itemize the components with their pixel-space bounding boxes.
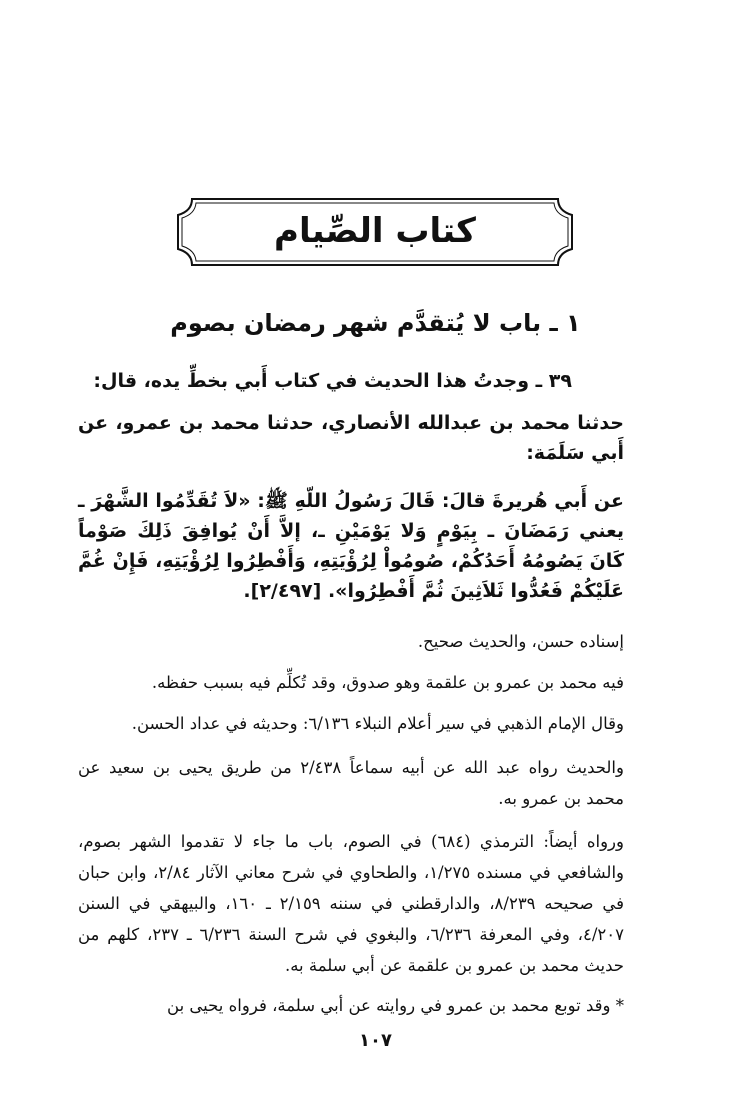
note-takhrij: ورواه أيضاً: الترمذي (٦٨٤) في الصوم، باب…	[78, 826, 624, 981]
note-grading: إسناده حسن، والحديث صحيح.	[78, 626, 624, 657]
note-narrator: فيه محمد بن عمرو بن علقمة وهو صدوق، وقد …	[78, 667, 624, 698]
hadith-isnad: حدثنا محمد بن عبدالله الأنصاري، حدثنا مح…	[78, 408, 624, 468]
book-page: كتاب الصِّيام ١ ـ باب لا يُتقدَّم شهر رم…	[0, 0, 751, 1112]
chapter-heading: ١ ـ باب لا يُتقدَّم شهر رمضان بصوم	[100, 306, 651, 340]
page-number: ١٠٧	[0, 1030, 751, 1051]
book-title-frame: كتاب الصِّيام	[174, 197, 576, 267]
note-abdullah: والحديث رواه عبد الله عن أبيه سماعاً ٢/٤…	[78, 752, 624, 814]
note-mutabaa: * وقد توبع محمد بن عمرو في روايته عن أبي…	[78, 990, 624, 1021]
note-dhahabi: وقال الإمام الذهبي في سير أعلام النبلاء …	[78, 708, 624, 739]
hadith-number-intro: ٣٩ ـ وجدتُ هذا الحديث في كتاب أَبي بخطِّ…	[78, 366, 624, 396]
hadith-matn: عن أَبي هُريرةَ قالَ: قَالَ رَسُولُ اللّ…	[78, 486, 624, 606]
book-title: كتاب الصِّيام	[174, 207, 576, 255]
